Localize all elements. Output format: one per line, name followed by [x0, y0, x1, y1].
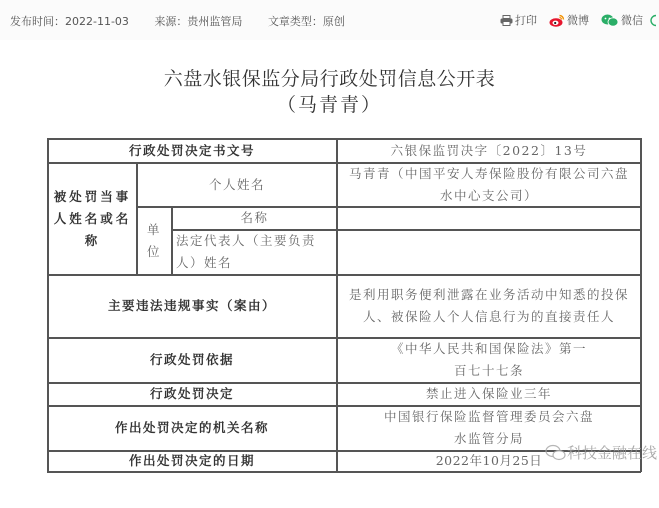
article-meta-bar: 发布时间：2022-11-03 来源：贵州监管局 文章类型：原创 打印 微博 — [0, 0, 659, 40]
basis-label: 行政处罚依据 — [47, 338, 337, 382]
print-button[interactable]: 打印 — [500, 12, 537, 28]
publish-time: 发布时间：2022-11-03 — [10, 15, 129, 28]
page-subtitle: （马青青） — [0, 90, 659, 117]
doc-no-value: 六银保监罚决字〔2022〕13号 — [337, 138, 641, 163]
unit-name-label: 名称 — [172, 207, 337, 229]
authority-label: 作出处罚决定的机关名称 — [47, 406, 337, 450]
wechat-icon — [601, 14, 619, 27]
table-border-right — [640, 138, 642, 472]
source: 来源：贵州监管局 — [154, 15, 242, 28]
share-more-icon — [649, 14, 657, 27]
page-title: 六盘水银保监分局行政处罚信息公开表 — [0, 64, 659, 91]
article-meta: 发布时间：2022-11-03 来源：贵州监管局 文章类型：原创 — [10, 13, 367, 29]
wechat-watermark-icon — [545, 444, 567, 462]
share-bar: 打印 微博 微信 — [488, 12, 659, 28]
individual-name-value: 马青青（中国平安人寿保险股份有限公司六盘水中心支公司） — [339, 163, 639, 206]
decision-label: 行政处罚决定 — [47, 383, 337, 405]
wechat-share-button[interactable]: 微信 — [601, 12, 643, 28]
penalty-info-table: 行政处罚决定书文号 六银保监罚决字〔2022〕13号 被处罚当事人姓名或名称 个… — [47, 138, 641, 472]
watermark-text: 科技金融在线 — [567, 442, 657, 463]
doc-no-label: 行政处罚决定书文号 — [47, 138, 337, 163]
printer-icon — [500, 15, 513, 26]
facts-label: 主要违法违规事实（案由） — [47, 275, 337, 337]
weibo-label: 微博 — [567, 12, 589, 28]
watermark: 科技金融在线 — [545, 442, 657, 463]
individual-name-label: 个人姓名 — [137, 163, 337, 206]
facts-value: 是利用职务便利泄露在业务活动中知悉的投保人、被保险人个人信息行为的直接责任人 — [339, 275, 639, 337]
unit-name-value — [339, 207, 639, 229]
unit-label: 单位 — [137, 207, 171, 274]
legal-rep-value — [339, 230, 639, 274]
weibo-icon — [549, 14, 565, 27]
print-label: 打印 — [515, 12, 537, 28]
more-share-button[interactable] — [649, 14, 659, 27]
decision-value: 禁止进入保险业三年 — [339, 383, 639, 405]
basis-value: 《中华人民共和国保险法》第一百七十七条 — [339, 338, 639, 382]
wechat-label: 微信 — [621, 12, 643, 28]
article-type: 文章类型：原创 — [268, 15, 345, 28]
party-label: 被处罚当事人姓名或名称 — [49, 163, 136, 274]
weibo-share-button[interactable]: 微博 — [549, 12, 589, 28]
legal-rep-label: 法定代表人（主要负责人）姓名 — [172, 230, 337, 274]
date-label: 作出处罚决定的日期 — [47, 451, 337, 471]
